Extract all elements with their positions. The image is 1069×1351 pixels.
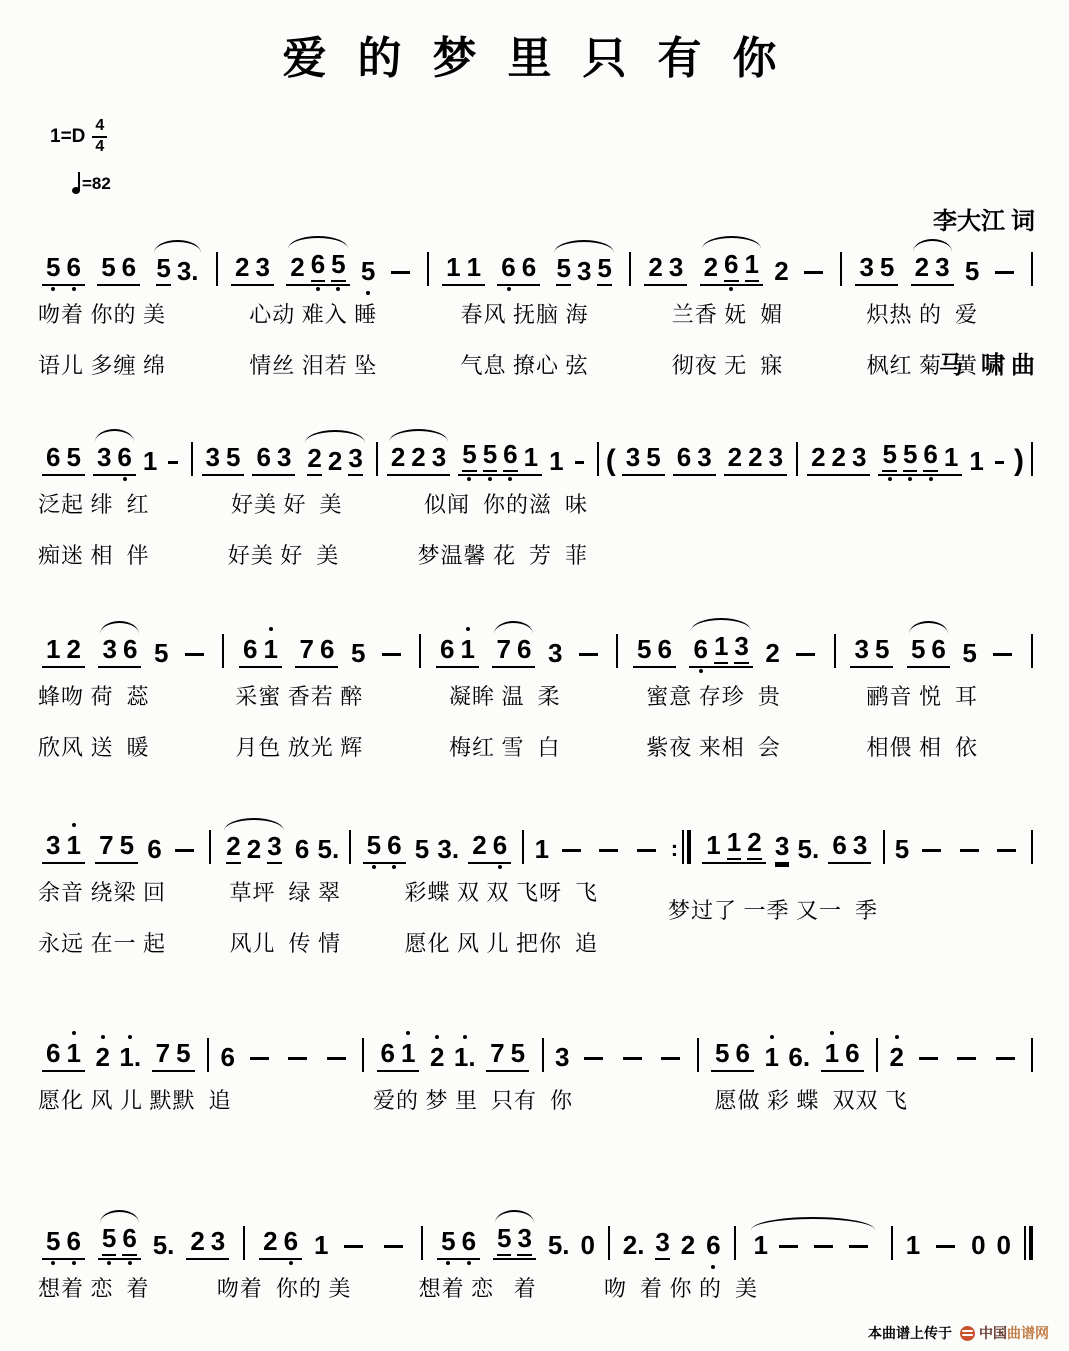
note: 3 <box>102 634 116 664</box>
octave-dot-above <box>72 823 76 827</box>
note: 1 <box>66 830 80 860</box>
octave-dot-below <box>316 287 320 291</box>
lyric-phrase: 情丝 泪若 坠 <box>249 349 377 380</box>
lyrics-row: 想着 恋 着吻着 你的 美想着 恋 着吻 着 你 的 美 <box>38 1272 758 1303</box>
note: 2 <box>915 252 929 282</box>
note: 5 <box>441 1226 455 1256</box>
note: 6 <box>501 252 515 282</box>
note: 5 <box>226 442 240 472</box>
dash-note <box>623 1057 642 1060</box>
meter-denominator: 4 <box>95 138 104 156</box>
barline <box>542 1038 544 1072</box>
note: 1 <box>944 442 958 472</box>
note-group: 56 <box>97 252 140 286</box>
lyric-phrase: 月色 放光 辉 <box>235 731 363 762</box>
note: 5. <box>318 834 340 864</box>
octave-dot-below <box>507 287 511 291</box>
note-group: 63 <box>673 442 716 476</box>
dash-note <box>175 849 194 852</box>
slur-arc <box>702 236 761 249</box>
barline <box>421 1226 423 1260</box>
note: 6 <box>931 634 945 664</box>
barline <box>608 1226 610 1260</box>
note: 6 <box>381 1038 395 1068</box>
lyric-phrase: 凝眸 温 柔 <box>449 680 561 711</box>
note: 2 <box>263 1226 277 1256</box>
note: 5 <box>903 439 917 472</box>
note: 3 <box>517 1223 531 1256</box>
note: 6 <box>706 1230 720 1260</box>
octave-dot-below <box>908 477 912 481</box>
note: 2 <box>472 830 486 860</box>
note: 3 <box>577 256 591 286</box>
note: 6 <box>923 439 937 472</box>
note: 7 <box>496 634 510 664</box>
slur-arc <box>691 618 750 631</box>
note: 5 <box>462 439 476 472</box>
notes-row: 6121.7566121.7535616.162 <box>38 1008 1038 1072</box>
dash-note <box>779 1245 798 1248</box>
note: 2 <box>411 442 425 472</box>
barline <box>834 634 836 668</box>
note: 2 <box>648 252 662 282</box>
note: 1 <box>764 1042 778 1072</box>
note: 5 <box>895 834 909 864</box>
note-group: 36 <box>93 442 136 476</box>
note-group: 56 <box>363 830 406 864</box>
music-system: 56565.2326156535.02.3261100想着 恋 着吻着 你的 美… <box>38 1196 1038 1303</box>
dash-note <box>661 1057 680 1060</box>
note: 6 <box>832 830 846 860</box>
octave-dot-below <box>711 1265 715 1269</box>
note: 2. <box>623 1230 645 1260</box>
note: 6 <box>845 1038 859 1068</box>
octave-dot-above <box>269 627 273 631</box>
note: 6 <box>256 442 270 472</box>
barline <box>362 1038 364 1072</box>
note: 5 <box>351 638 365 668</box>
note: 2 <box>681 1230 695 1260</box>
dash-note <box>997 849 1016 852</box>
note-group: 53. <box>152 253 202 286</box>
dash-note <box>391 271 410 274</box>
slur-arc <box>95 429 134 442</box>
note: 1 <box>401 1038 415 1068</box>
octave-dot-below <box>508 477 512 481</box>
note-group: 5561 <box>458 439 542 476</box>
note-group: 23 <box>186 1226 229 1260</box>
note: 2 <box>226 831 240 864</box>
octave-dot-below <box>372 865 376 869</box>
note: 7 <box>156 1038 170 1068</box>
dash-note <box>250 1057 269 1060</box>
note: 5. <box>153 1230 175 1260</box>
lyric-phrase: 吻 着 你 的 美 <box>604 1272 758 1303</box>
note-group: 61 <box>239 634 282 668</box>
key-label: 1=D <box>50 126 85 148</box>
note: 6 <box>493 830 507 860</box>
note: 2 <box>430 1042 444 1072</box>
note: 1. <box>454 1042 476 1072</box>
dash-note <box>995 271 1014 274</box>
lyric-phrase: 愿化 风 儿 把你 追 <box>404 927 598 958</box>
note: 6 <box>724 249 738 282</box>
dash-note <box>996 1057 1015 1060</box>
octave-dot-below <box>123 477 127 481</box>
music-system: 565653.232655116653523261235235吻着 你的 美心动… <box>38 222 1038 380</box>
note-group: 61 <box>377 1038 420 1072</box>
barline <box>349 830 351 864</box>
parenthesis: ) <box>1014 446 1024 476</box>
note: 5 <box>101 252 115 282</box>
lyric-phrase: 好美 好 美 <box>231 488 343 519</box>
note-group: 35 <box>622 442 665 476</box>
octave-dot-below <box>289 1261 293 1265</box>
note: 5. <box>798 834 820 864</box>
dash-note <box>185 653 204 656</box>
lyric-phrase: 气息 撩心 弦 <box>460 349 588 380</box>
lyrics-row: 蜂吻 荷 蕊采蜜 香若 醉凝眸 温 柔蜜意 存珍 贵鹂音 悦 耳 <box>38 680 978 711</box>
dash-note <box>575 461 584 464</box>
lyrics-row: 吻着 你的 美心动 难入 睡春风 抚脑 海兰香 妩 媚炽热 的 爱 <box>38 298 978 329</box>
note: 1 <box>460 634 474 664</box>
note: 2 <box>774 256 788 286</box>
note: 5 <box>483 439 497 472</box>
note: 6 <box>387 830 401 860</box>
meter-numerator: 4 <box>92 118 107 138</box>
lyric-phrase: 心动 难入 睡 <box>249 298 377 329</box>
note: 1 <box>143 446 157 476</box>
note-group: 223 <box>387 442 450 476</box>
lyric-phrase: 兰香 妩 媚 <box>672 298 784 329</box>
note: 5 <box>882 439 896 472</box>
octave-dot-above <box>101 1035 105 1039</box>
note: 3 <box>277 442 291 472</box>
lyric-phrase: 想着 恋 着 <box>419 1272 537 1303</box>
barline <box>191 442 193 476</box>
note: 1 <box>524 442 538 472</box>
note: 3 <box>697 442 711 472</box>
note-group: 5561 <box>878 439 962 476</box>
note: 1 <box>263 634 277 664</box>
note-group: 56 <box>711 1038 754 1072</box>
note-group: 75 <box>152 1038 195 1072</box>
octave-dot-above <box>895 1035 899 1039</box>
lyric-phrase: 似闻 你的滋 味 <box>424 488 588 519</box>
barline <box>883 830 885 864</box>
dash-note <box>288 1057 307 1060</box>
barline <box>840 252 842 286</box>
note-group: 35 <box>202 442 245 476</box>
octave-dot-above <box>770 1035 774 1039</box>
dash-note <box>327 1057 346 1060</box>
slur-arc <box>554 240 613 253</box>
note-group: 1 <box>749 1230 876 1260</box>
note: 3 <box>669 252 683 282</box>
dash-note <box>579 653 598 656</box>
lyric-phrase: 想着 恋 着 <box>38 1272 150 1303</box>
octave-dot-below <box>72 1261 76 1265</box>
slur-arc <box>100 1210 139 1223</box>
note: 6 <box>122 1223 136 1256</box>
note: 6 <box>117 442 131 472</box>
note: 3. <box>177 256 199 286</box>
barline <box>1031 1038 1033 1072</box>
note: 3 <box>206 442 220 472</box>
note: 6 <box>462 1226 476 1256</box>
note-group: 23 <box>231 252 274 286</box>
note-group: 265 <box>286 249 349 286</box>
note: 6 <box>66 1226 80 1256</box>
lyric-phrase: 炽热 的 爱 <box>866 298 978 329</box>
note: 6 <box>123 634 137 664</box>
barline <box>796 442 798 476</box>
lyric-phrase: 梦过了 一季 又一 季 <box>668 898 878 923</box>
note-group: 63 <box>828 830 871 864</box>
note-group: 56 <box>633 634 676 668</box>
lyrics-row: 语儿 多缠 绵情丝 泪若 坠气息 撩心 弦彻夜 无 寐枫红 菊 黄 <box>38 349 978 380</box>
note: 6 <box>440 634 454 664</box>
lyric-phrase: 相偎 相 依 <box>866 731 978 762</box>
dash-note <box>562 849 581 852</box>
lyrics-row: 泛起 绯 红好美 好 美似闻 你的滋 味 <box>38 488 588 519</box>
note-group: 261 <box>700 249 763 286</box>
note: 1 <box>753 1230 767 1260</box>
note-group: 75 <box>486 1038 529 1072</box>
note: 3 <box>211 1226 225 1256</box>
barline <box>891 1226 893 1260</box>
note: 0 <box>580 1230 594 1260</box>
octave-dot-below <box>699 669 703 673</box>
note: 5 <box>331 249 345 282</box>
note: 3 <box>626 442 640 472</box>
note: 2 <box>307 443 321 476</box>
site-name-cn: 中国 <box>979 1323 1007 1343</box>
note: 6 <box>66 252 80 282</box>
note: 3 <box>859 252 873 282</box>
octave-dot-below <box>467 477 471 481</box>
note: 2 <box>95 1042 109 1072</box>
note-group: 61 <box>436 634 479 668</box>
barline <box>697 1038 699 1072</box>
lyric-phrase: 好美 好 美 <box>228 539 340 570</box>
note: 6 <box>320 634 334 664</box>
parenthesis: ( <box>606 446 616 476</box>
octave-dot-below <box>51 1261 55 1265</box>
lyric-phrase: 鹂音 悦 耳 <box>866 680 978 711</box>
note: 2 <box>328 446 342 476</box>
note-group: 56 <box>42 252 85 286</box>
slur-arc <box>494 621 533 634</box>
sheet-music-page: 爱 的 梦 里 只 有 你 李大江 词 马 啸 曲 1=D 4 4 =82 56… <box>0 0 1069 1351</box>
note-group: 56 <box>907 634 950 668</box>
octave-dot-above <box>406 1031 410 1035</box>
barline <box>629 252 631 286</box>
octave-dot-below <box>366 291 370 295</box>
note: 6 <box>311 249 325 282</box>
note-group: 11 <box>442 252 485 286</box>
note: 6 <box>503 439 517 472</box>
note: 5 <box>597 253 611 286</box>
note-group: 112 <box>702 827 765 864</box>
octave-dot-above <box>463 1035 467 1039</box>
note-group: 12 <box>42 634 85 668</box>
note: 6 <box>221 1042 235 1072</box>
note: 5 <box>962 638 976 668</box>
tempo-value: =82 <box>82 174 111 194</box>
barline <box>243 1226 245 1260</box>
note: 3 <box>256 252 270 282</box>
note-group: 223 <box>724 442 787 476</box>
note-group: 36 <box>98 634 141 668</box>
octave-dot-below <box>72 287 76 291</box>
octave-dot-below <box>392 865 396 869</box>
dash-note <box>814 1245 833 1248</box>
lyric-phrase: 痴迷 相 伴 <box>38 539 150 570</box>
octave-dot-below <box>128 1261 132 1265</box>
lyric-phrase: 彻夜 无 寐 <box>672 349 784 380</box>
note: 7 <box>490 1038 504 1068</box>
note: 6 <box>46 1038 60 1068</box>
note: 1 <box>314 1230 328 1260</box>
note: 1. <box>119 1042 141 1072</box>
note: 3 <box>853 830 867 860</box>
octave-dot-below <box>498 865 502 869</box>
note: 1 <box>714 631 728 664</box>
octave-dot-below <box>446 1261 450 1265</box>
dash-note <box>599 849 618 852</box>
octave-dot-above <box>128 1035 132 1039</box>
music-system: 65361356322322355611(356322322355611)泛起 … <box>38 412 1038 570</box>
lyrics-row: 永远 在一 起风儿 传 情愿化 风 儿 把你 追 <box>38 927 598 958</box>
barline <box>1031 634 1033 668</box>
note: 5 <box>875 634 889 664</box>
note: 5. <box>548 1230 570 1260</box>
note: 2 <box>190 1226 204 1256</box>
note: 5 <box>66 442 80 472</box>
dash-note <box>584 1057 603 1060</box>
note: 3. <box>437 834 459 864</box>
note-group: 23 <box>911 252 954 286</box>
barline <box>207 1038 209 1072</box>
note: 1 <box>969 446 983 476</box>
lyric-phrase: 吻着 你的 美 <box>38 298 166 329</box>
note: 6 <box>147 834 161 864</box>
note: 3 <box>267 831 281 864</box>
note: 6 <box>295 834 309 864</box>
note: 3 <box>655 1227 669 1260</box>
barline <box>427 252 429 286</box>
octave-dot-below <box>107 1261 111 1265</box>
note: 5 <box>911 634 925 664</box>
note: 5 <box>176 1038 190 1068</box>
octave-dot-above <box>72 1031 76 1035</box>
slur-arc <box>913 239 952 252</box>
note: 1 <box>706 830 720 860</box>
note-group: 35 <box>855 252 898 286</box>
barline <box>222 634 224 668</box>
octave-dot-below <box>488 477 492 481</box>
lyric-phrase: 蜜意 存珍 贵 <box>646 680 781 711</box>
note: 5 <box>102 1223 116 1256</box>
note-group: 56 <box>437 1226 480 1260</box>
note: 1 <box>467 252 481 282</box>
barline <box>616 634 618 668</box>
note: 6 <box>522 252 536 282</box>
lyric-phrase: 语儿 多缠 绵 <box>38 349 166 380</box>
note: 2 <box>235 252 249 282</box>
lyrics-row: 梦过了 一季 又一 季 <box>668 894 878 925</box>
lyrics-row: 痴迷 相 伴好美 好 美梦温馨 花 芳 菲 <box>38 539 588 570</box>
lyric-phrase: 梅红 雪 白 <box>449 731 561 762</box>
note: 5 <box>46 1226 60 1256</box>
octave-dot-above <box>435 1035 439 1039</box>
site-name-rest: 曲谱网 <box>1007 1323 1049 1343</box>
dash-note <box>936 1245 955 1248</box>
note-group: 35 <box>850 634 893 668</box>
time-signature: 4 4 <box>92 118 107 156</box>
barline <box>376 442 378 476</box>
note: 5 <box>637 634 651 664</box>
note: 3 <box>769 442 783 472</box>
note: 3 <box>852 442 866 472</box>
note: 3 <box>854 634 868 664</box>
note-group: 76 <box>295 634 338 668</box>
note: 1 <box>745 249 759 282</box>
note-group: 223 <box>222 831 285 864</box>
lyric-phrase: 永远 在一 起 <box>38 927 166 958</box>
note: 3 <box>548 638 562 668</box>
dash-note <box>919 1057 938 1060</box>
slur-arc <box>305 430 364 443</box>
note-group: 223 <box>303 443 366 476</box>
notes-row: 12365617656176356613235565 <box>38 604 1038 668</box>
slur-arc <box>909 621 948 634</box>
note: 6 <box>122 252 136 282</box>
note: 5 <box>715 1038 729 1068</box>
upload-note: 本曲谱上传于 <box>868 1323 952 1343</box>
note: 2 <box>748 442 762 472</box>
note: 6 <box>46 442 60 472</box>
note-group: 31 <box>42 830 85 864</box>
note: 5 <box>511 1038 525 1068</box>
lyrics-row: 欣风 送 暖月色 放光 辉梅红 雪 白紫夜 来相 会相偎 相 依 <box>38 731 978 762</box>
octave-dot-below <box>888 477 892 481</box>
barline <box>1031 442 1033 476</box>
footer: 本曲谱上传于 中国 曲谱网 <box>868 1323 1049 1343</box>
barline <box>1031 252 1033 286</box>
note: 6 <box>243 634 257 664</box>
note: 1 <box>446 252 460 282</box>
note: 3 <box>97 442 111 472</box>
note: 1 <box>46 634 60 664</box>
note: 3 <box>46 830 60 860</box>
note-group: 65 <box>42 442 85 476</box>
octave-dot-below <box>51 287 55 291</box>
note: 3 <box>935 252 949 282</box>
octave-dot-above <box>466 627 470 631</box>
dash-note <box>960 849 979 852</box>
note-group: 66 <box>497 252 540 286</box>
note: 7 <box>299 634 313 664</box>
note-group: 613 <box>689 631 752 668</box>
lyric-phrase: 吻着 你的 美 <box>217 1272 352 1303</box>
slur-arc <box>154 240 200 253</box>
note: 5 <box>415 834 429 864</box>
note: 3 <box>555 1042 569 1072</box>
note: 6 <box>517 634 531 664</box>
note: 3 <box>432 442 446 472</box>
